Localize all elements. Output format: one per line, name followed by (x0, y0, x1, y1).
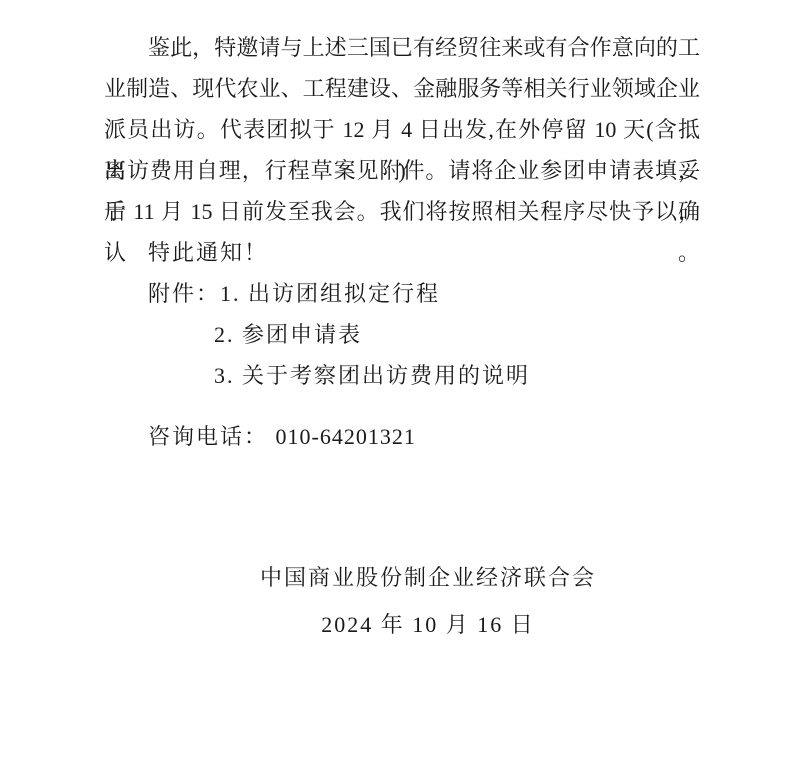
body-paragraph-line-2: 业制造、现代农业、工程建设、金融服务等相关行业领域企业 (104, 68, 700, 109)
attachments-row: 附件： 1. 出访团组拟定行程 (104, 273, 700, 314)
attachment-item-2: 2. 参团申请表 (214, 314, 700, 355)
attachment-item-1: 1. 出访团组拟定行程 (220, 273, 440, 314)
signature-organization: 中国商业股份制企业经济联合会 (260, 557, 596, 598)
contact-phone-number: 010-64201321 (276, 424, 416, 449)
document-page: 鉴此，特邀请与上述三国已有经贸往来或有合作意向的工 业制造、现代农业、工程建设、… (0, 0, 800, 769)
body-paragraph-line-5: 于 11 月 15 日前发至我会。我们将按照相关程序尽快予以确认。 (104, 191, 700, 232)
document-content: 鉴此，特邀请与上述三国已有经贸往来或有合作意向的工 业制造、现代农业、工程建设、… (0, 0, 800, 645)
body-paragraph-line-1: 鉴此，特邀请与上述三国已有经贸往来或有合作意向的工 (104, 27, 700, 68)
contact-label: 咨询电话： (148, 424, 268, 449)
attachments-label: 附件： (148, 273, 220, 314)
body-paragraph-line-4: 出访费用自理，行程草案见附件。请将企业参团申请表填妥后， (104, 150, 700, 191)
body-paragraph-line-3: 派员出访。代表团拟于 12 月 4 日出发,在外停留 10 天(含抵离)， (104, 109, 700, 150)
attachment-item-3: 3. 关于考察团出访费用的说明 (214, 355, 700, 396)
contact-row: 咨询电话： 010-64201321 (104, 416, 700, 457)
signature-date: 2024 年 10 月 16 日 (260, 604, 596, 645)
signature-block: 中国商业股份制企业经济联合会 2024 年 10 月 16 日 (260, 557, 596, 645)
